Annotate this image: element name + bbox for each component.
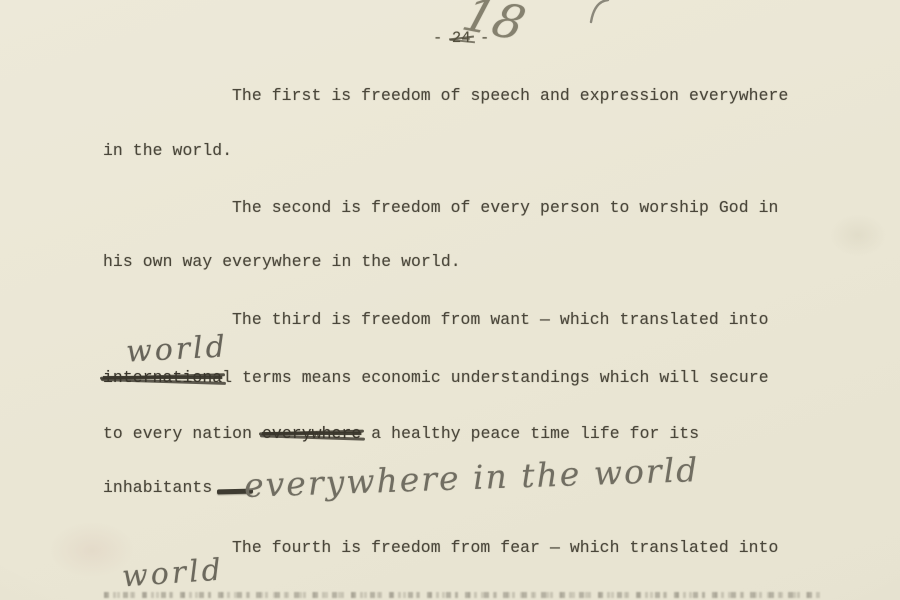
typed-segment-pre: to every nation: [103, 424, 262, 443]
handwritten-everywhere-in-the-world: everywhere in the world: [243, 450, 699, 505]
typed-line-in-the-world: in the world.: [103, 141, 232, 161]
typewritten-manuscript-page: - 24 - 18 The first is freedom of speech…: [0, 0, 900, 600]
cutoff-typed-line-tops: [104, 592, 820, 598]
struck-word-international: internationa: [103, 368, 222, 388]
typed-segment-rest: a healthy peace time life for its: [361, 424, 699, 443]
typed-line-to-every-nation: to every nation everywhere a healthy pea…: [103, 424, 699, 444]
typed-line-terms-rest: terms means economic understandings whic…: [232, 368, 769, 387]
typed-line-first-freedom: The first is freedom of speech and expre…: [232, 86, 788, 106]
struck-word-everywhere: everywhere: [262, 424, 361, 444]
typed-line-third-freedom: The third is freedom from want — which t…: [232, 310, 769, 330]
handwritten-world-annotation: world: [125, 329, 229, 369]
handwritten-world-annotation-bottom: world: [121, 552, 225, 594]
typed-line-international-terms: international terms means economic under…: [103, 368, 769, 388]
typed-line-second-freedom: The second is freedom of every person to…: [232, 198, 778, 218]
typed-line-inhabitants: inhabitants: [103, 478, 212, 498]
typed-line-fourth-freedom: The fourth is freedom from fear — which …: [232, 538, 778, 558]
typed-line-his-own-way: his own way everywhere in the world.: [103, 252, 461, 272]
pencil-stroke-mark: [588, 0, 618, 24]
